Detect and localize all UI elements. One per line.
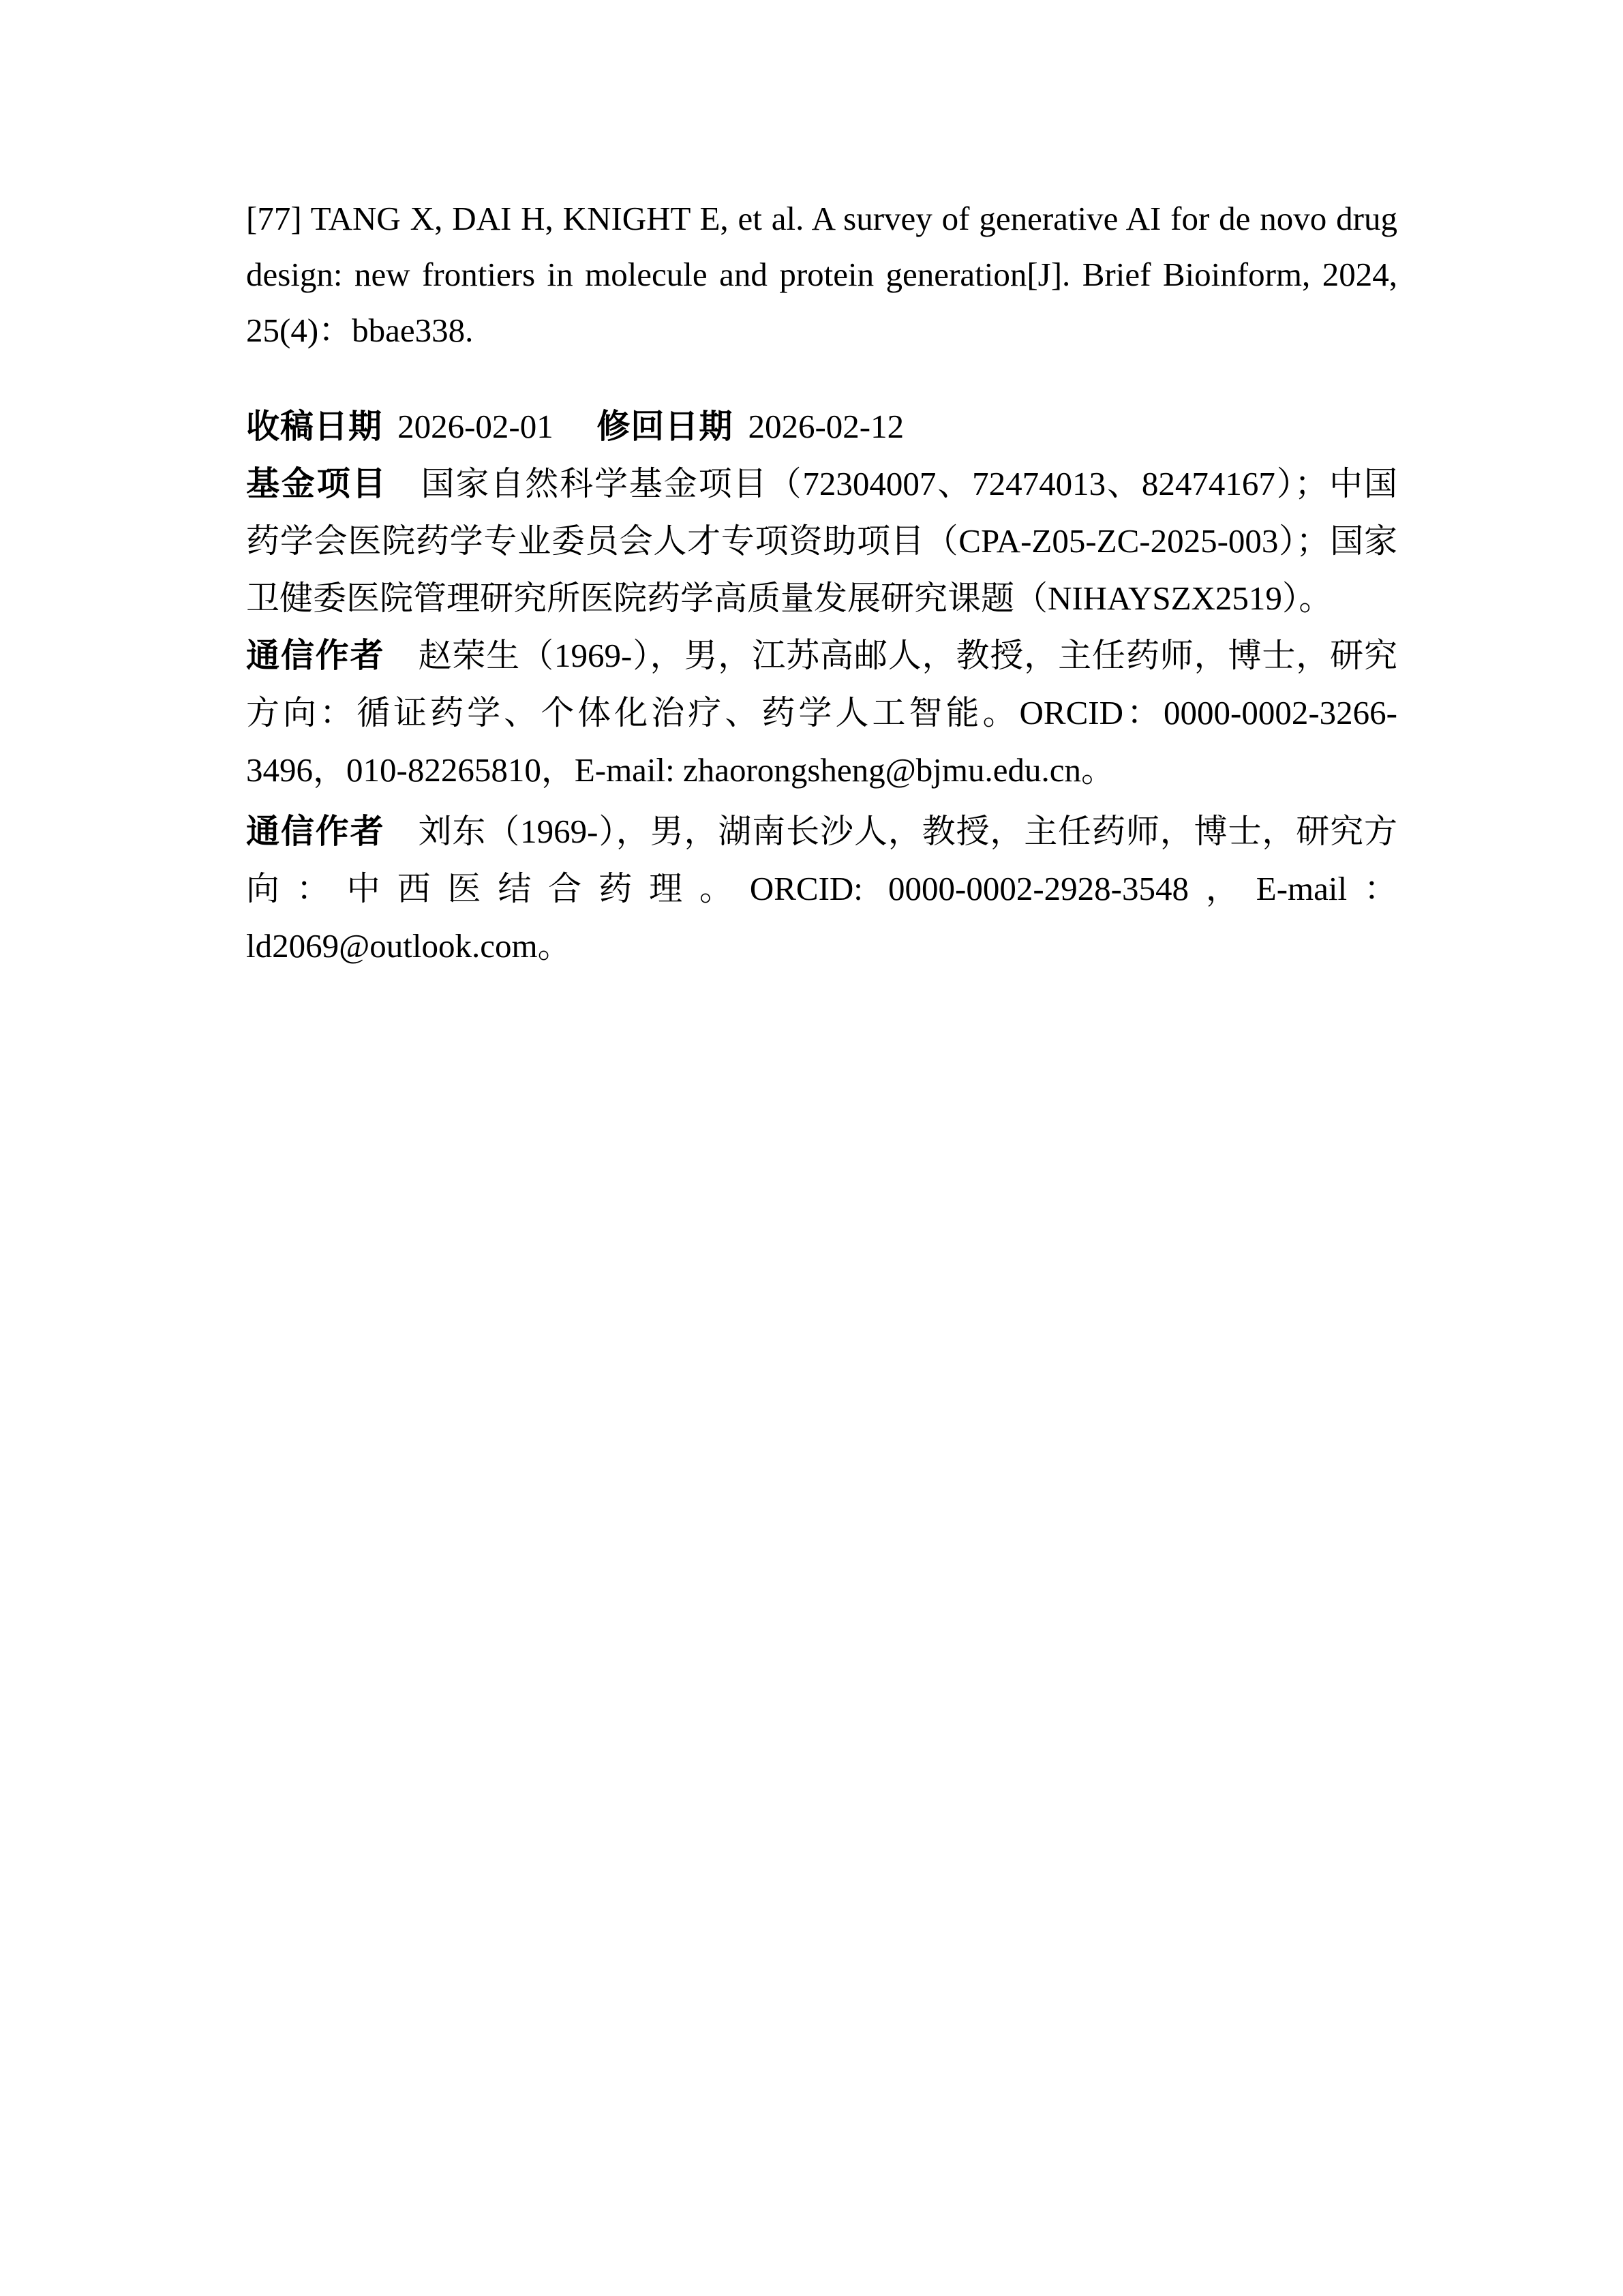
- corresponding-author-text-2: 刘东（1969-），男，湖南长沙人，教授，主任药师，博士，研究方向：中西医结合药…: [246, 813, 1397, 965]
- corresponding-author-text-1: 赵荣生（1969-），男，江苏高邮人，教授，主任药师，博士，研究方向：循证药学、…: [246, 637, 1397, 789]
- dates-line: 收稿日期2026-02-01修回日期2026-02-12: [246, 398, 1397, 455]
- received-date-value: 2026-02-01: [397, 408, 553, 445]
- reference-entry: [77] TANG X, DAI H, KNIGHT E, et al. A s…: [246, 191, 1397, 359]
- received-date-label: 收稿日期: [246, 408, 382, 445]
- document-page: [77] TANG X, DAI H, KNIGHT E, et al. A s…: [0, 0, 1623, 2296]
- funding-paragraph: 基金项目国家自然科学基金项目（72304007、72474013、8247416…: [246, 455, 1397, 627]
- funding-label: 基金项目: [246, 466, 388, 502]
- revised-date-label: 修回日期: [596, 408, 733, 445]
- funding-text: 国家自然科学基金项目（72304007、72474013、82474167）；中…: [246, 465, 1397, 617]
- revised-date-value: 2026-02-12: [748, 408, 904, 445]
- corresponding-author-label-2: 通信作者: [246, 813, 385, 850]
- corresponding-author-paragraph-1: 通信作者赵荣生（1969-），男，江苏高邮人，教授，主任药师，博士，研究方向：循…: [246, 627, 1397, 799]
- corresponding-author-label-1: 通信作者: [246, 637, 385, 674]
- corresponding-author-paragraph-2: 通信作者刘东（1969-），男，湖南长沙人，教授，主任药师，博士，研究方向：中西…: [246, 803, 1397, 975]
